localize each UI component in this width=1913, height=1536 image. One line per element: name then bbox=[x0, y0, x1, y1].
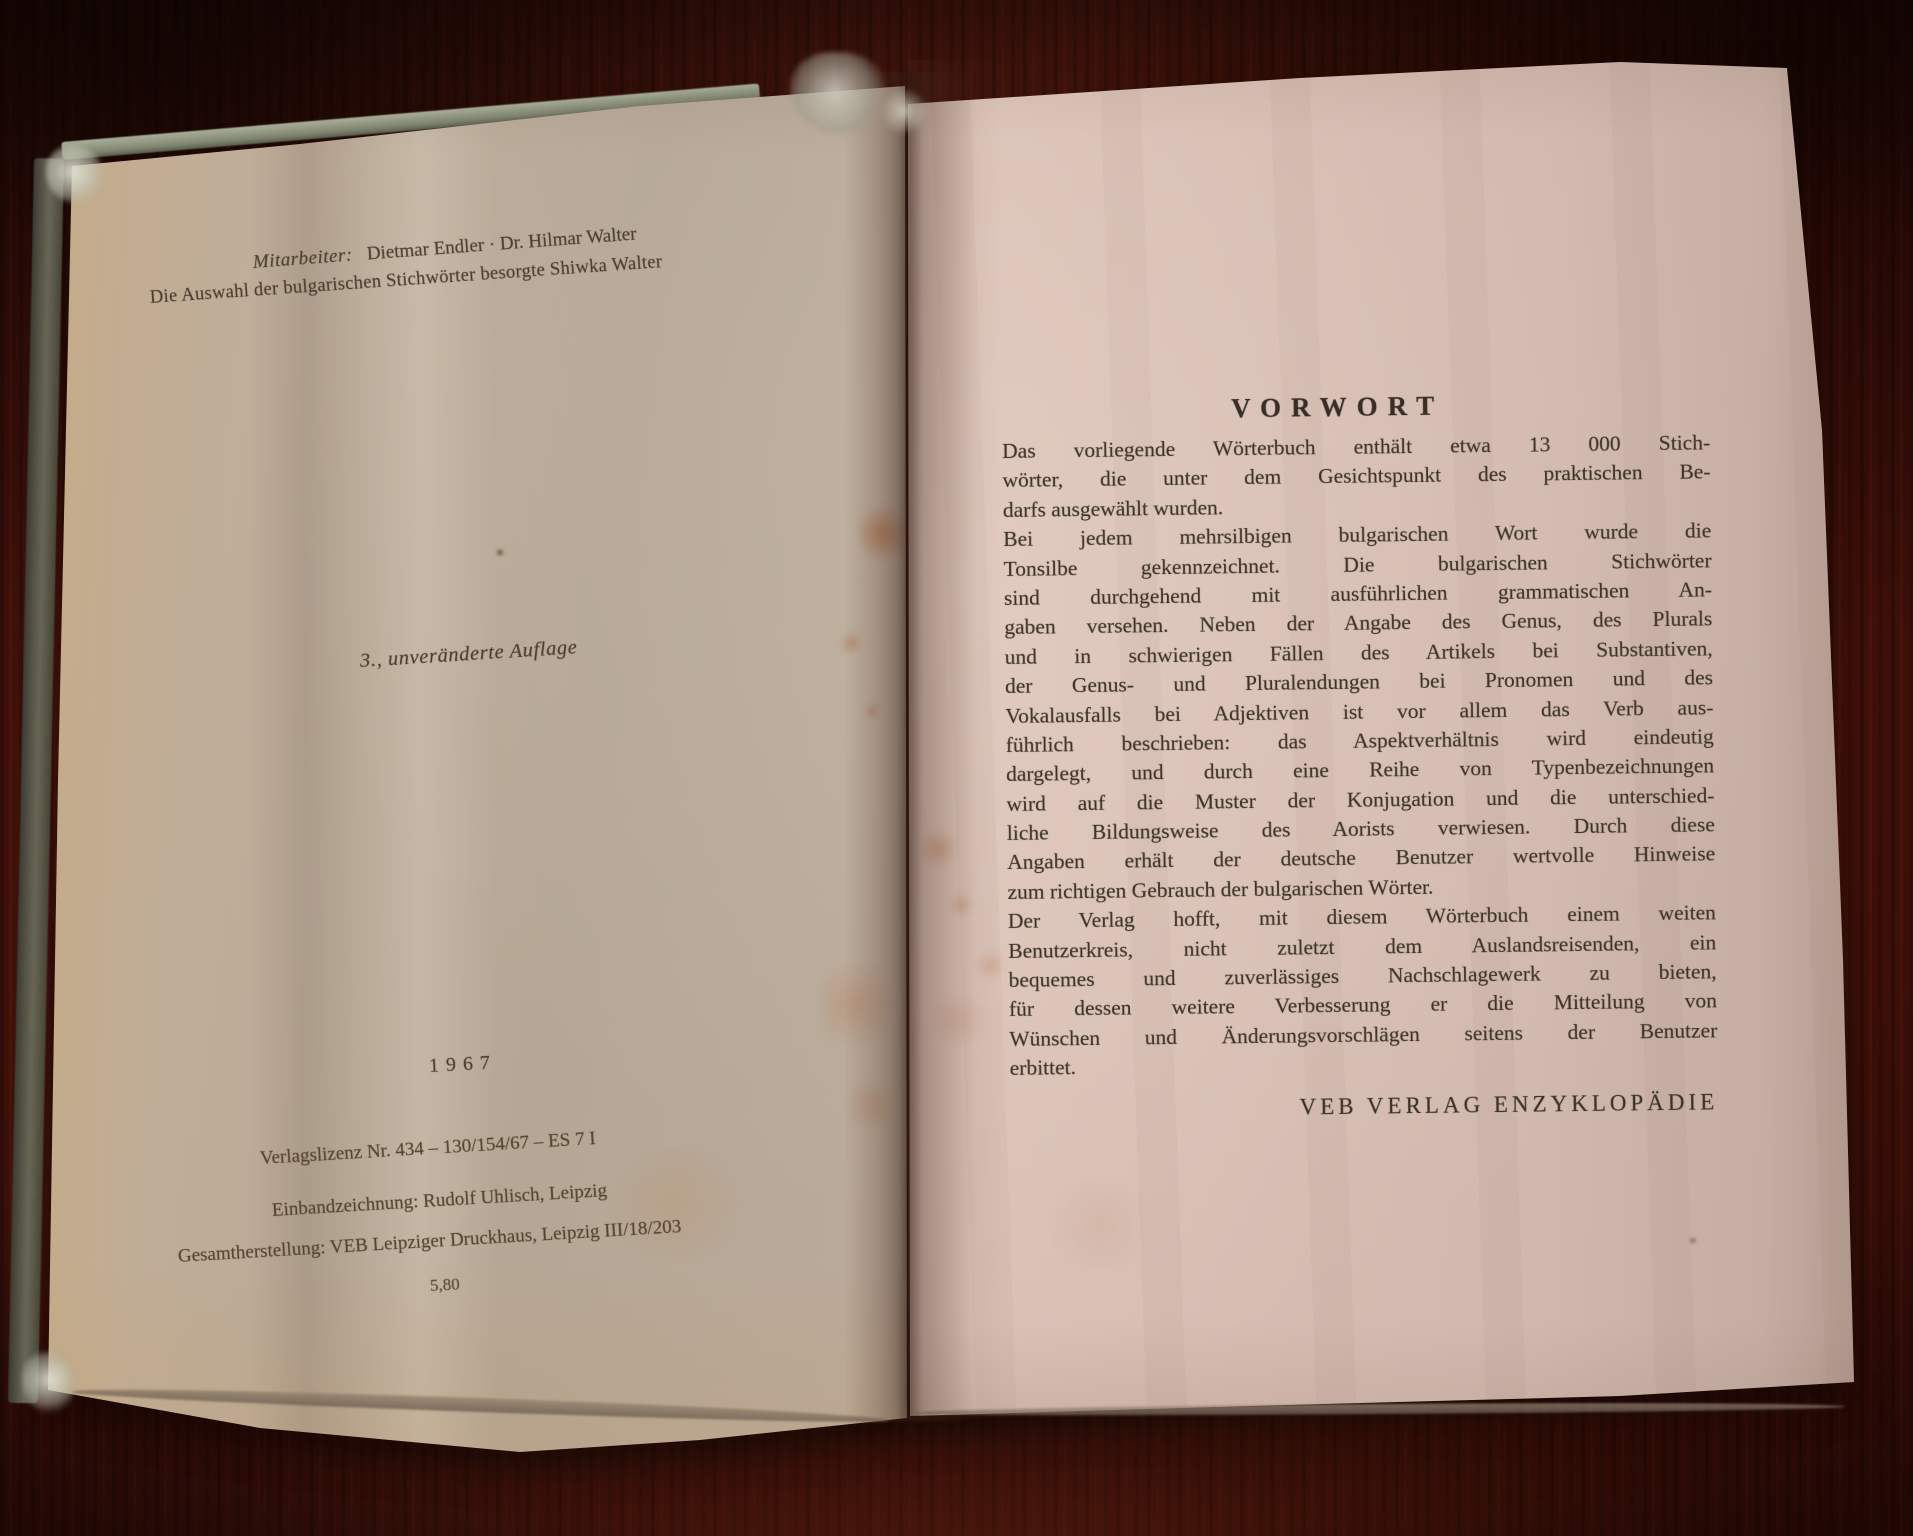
book-gutter-shadow bbox=[845, 72, 975, 1422]
publication-year: 1967 bbox=[428, 1051, 497, 1078]
torn-spine-top bbox=[880, 88, 928, 134]
foreword-body: Das vorliegende Wörterbuch enthält etwa … bbox=[1002, 428, 1718, 1083]
foreword-paragraph: Bei jedem mehrsilbigen bulgarischen Wort… bbox=[1003, 517, 1716, 908]
foreword-paragraph: Das vorliegende Wörterbuch enthält etwa … bbox=[1002, 428, 1711, 525]
stain bbox=[975, 948, 1005, 982]
price: 5,80 bbox=[429, 1274, 460, 1296]
photo-open-book: Mitarbeiter: Dietmar Endler · Dr. Hilmar… bbox=[0, 0, 1913, 1536]
foreword-title: VORWORT bbox=[1001, 387, 1709, 432]
foreword-text-block: VORWORT Das vorliegende Wörterbuch enthä… bbox=[997, 0, 1724, 1536]
foreword-paragraph: Der Verlag hofft, mit diesem Wörterbuch … bbox=[1008, 899, 1718, 1084]
publisher-signature: VEB VERLAG ENZYKLOPÄDIE bbox=[1010, 1089, 1718, 1124]
